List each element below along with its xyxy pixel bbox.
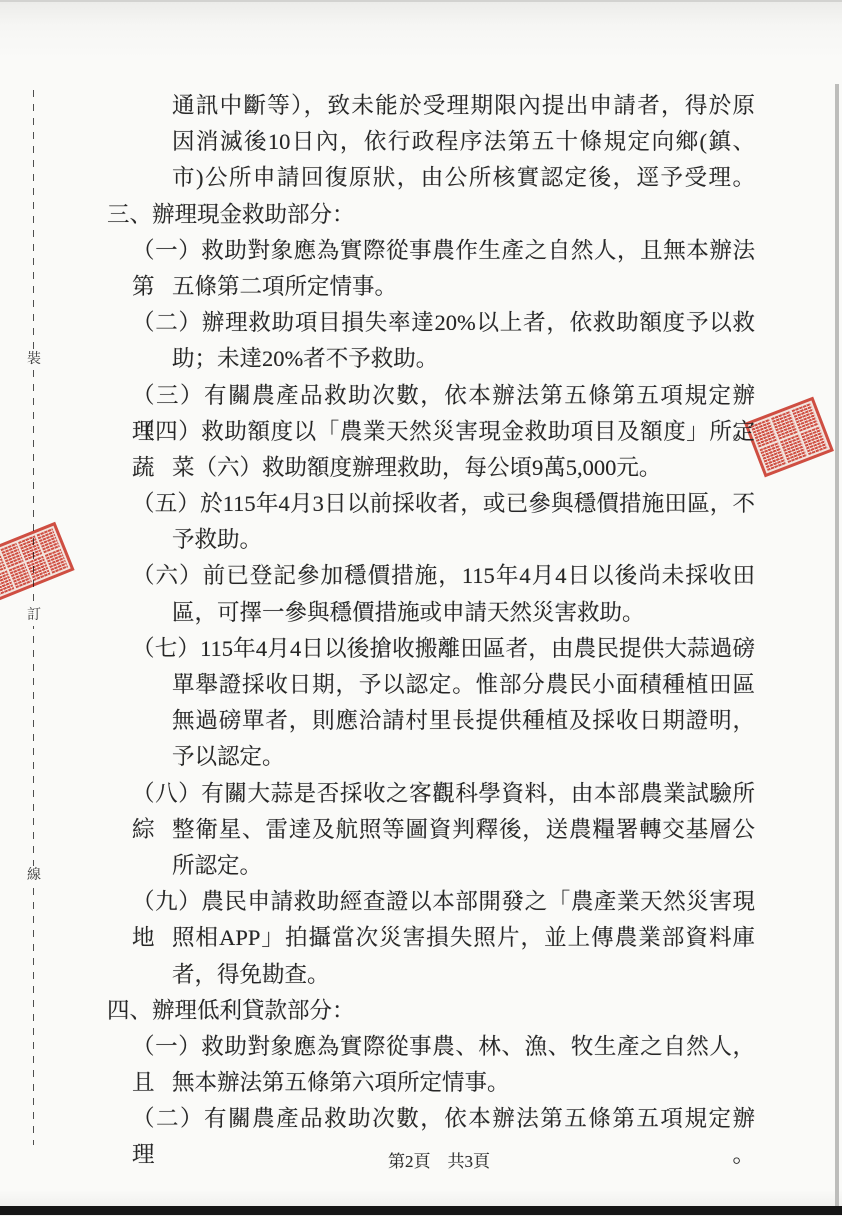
text-line: 助；未達20%者不予救助。 [172,341,755,377]
text-line: 無本辦法第五條第六項所定情事。 [172,1065,755,1101]
text-line: 菜（六）救助額度辦理救助，每公頃9萬5,000元。 [172,450,755,486]
text-line: （四）救助額度以「農業天然災害現金救助項目及額度」所定蔬 [132,414,755,450]
text-line: 通訊中斷等），致未能於受理期限內提出申請者，得於原 [172,88,755,124]
text-line: （三）有關農產品救助次數，依本辦法第五條第五項規定辦理。 [132,378,755,414]
document-body-text: 通訊中斷等），致未能於受理期限內提出申請者，得於原因消滅後10日內，依行政程序法… [107,88,755,1137]
seal-frame [0,522,75,602]
official-seal-stamp-left [0,536,68,588]
text-line: （二）有關農產品救助次數，依本辦法第五條第五項規定辦理。 [132,1101,755,1137]
scan-edge-top [0,0,842,2]
text-line: （六）前已登記參加穩價措施，115年4月4日以後尚未採收田 [132,558,755,594]
text-line: （五）於115年4月3日以前採收者，或已參與穩價措施田區，不 [132,486,755,522]
text-line: 整衛星、雷達及航照等圖資判釋後，送農糧署轉交基層公 [172,812,755,848]
text-line: （八）有關大蒜是否採收之客觀科學資料，由本部農業試驗所綜 [132,776,755,812]
text-line: 者，得免勘查。 [172,957,755,993]
text-line: 區，可擇一參與穩價措施或申請天然災害救助。 [172,595,755,631]
text-line: （一）救助對象應為實際從事農、林、漁、牧生產之自然人，且 [132,1029,755,1065]
text-line: （九）農民申請救助經查證以本部開發之「農產業天然災害現地 [132,884,755,920]
text-line: 四、辦理低利貸款部分： [107,993,755,1029]
text-line: （七）115年4月4日以後搶收搬離田區者，由農民提供大蒜過磅 [132,631,755,667]
footer-total-pages: 共3頁 [448,1150,491,1174]
text-line: （一）救助對象應為實際從事農作生產之自然人，且無本辦法第 [132,233,755,269]
text-line: 因消滅後10日內，依行政程序法第五十條規定向鄉(鎮、 [172,124,755,160]
text-line: 單舉證採收日期，予以認定。惟部分農民小面積種植田區 [172,667,755,703]
binding-char-xian: 線 [24,866,44,886]
seal-frame [744,397,834,478]
text-line: 市)公所申請回復原狀，由公所核實認定後，逕予受理。 [172,160,755,196]
page-footer: 第2頁 共3頁 [388,1150,490,1174]
scanned-document-page: 裝 訂 線 通訊中斷等），致未能於受理期限內提出申請者，得於原因消滅後10日內，… [0,0,842,1216]
official-seal-stamp-right [752,408,826,466]
binding-char-ding: 訂 [24,606,44,626]
text-line: 予救助。 [172,522,755,558]
scan-edge-bottom [0,1206,842,1215]
text-line: 三、辦理現金救助部分： [107,197,755,233]
binding-char-zhuang: 裝 [24,350,44,370]
text-line: 五條第二項所定情事。 [172,269,755,305]
text-line: （二）辦理救助項目損失率達20%以上者，依救助額度予以救 [132,305,755,341]
text-line: 所認定。 [172,848,755,884]
scan-edge-right [835,84,839,1208]
text-line: 照相APP」拍攝當次災害損失照片，並上傳農業部資料庫 [172,920,755,956]
text-line: 無過磅單者，則應洽請村里長提供種植及採收日期證明， [172,703,755,739]
text-line: 予以認定。 [172,739,755,775]
footer-page-number: 第2頁 [388,1150,431,1174]
